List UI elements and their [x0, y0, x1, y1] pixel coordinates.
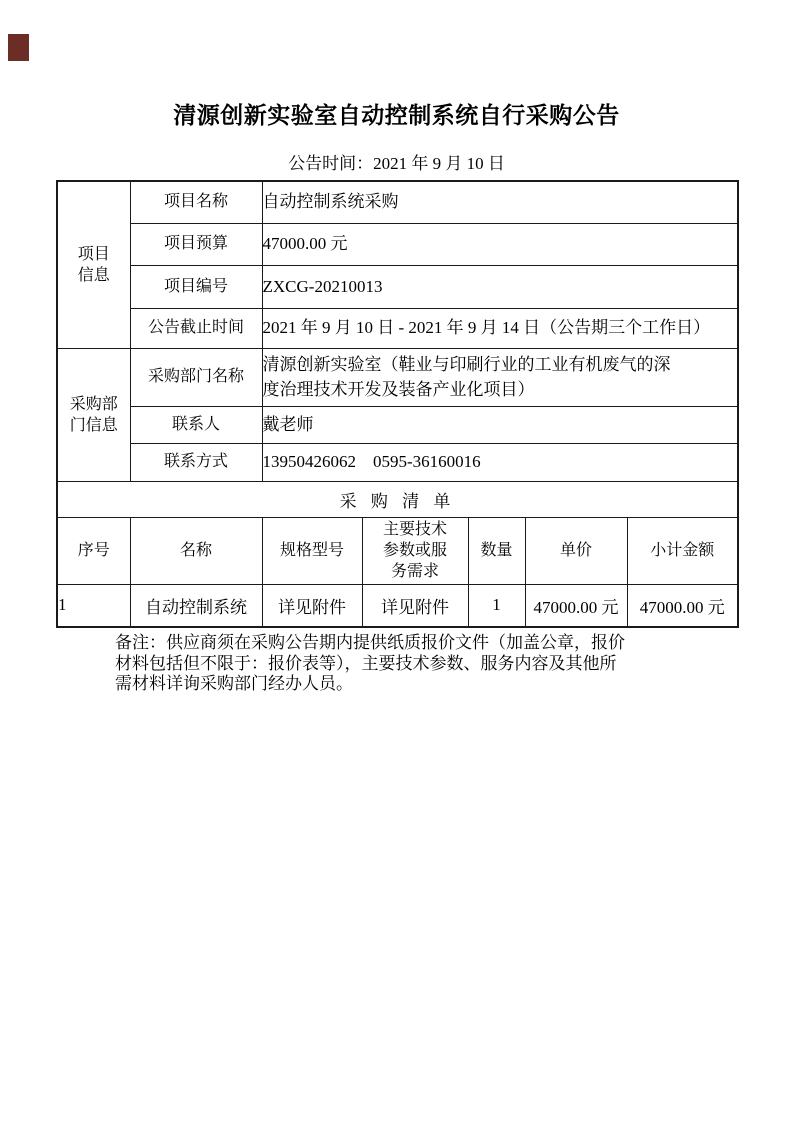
- column-header-tech: 主要技术 参数或服 务需求: [362, 517, 468, 584]
- purchase-list-title: 采 购 清 单: [57, 481, 738, 517]
- column-header-subtotal: 小计金额: [627, 517, 738, 584]
- label-department-name: 采购部门名称: [130, 348, 262, 406]
- remark-note: 备注：供应商须在采购公告期内提供纸质报价文件（加盖公章，报价 材料包括但不限于：…: [115, 633, 680, 695]
- label-project-number: 项目编号: [130, 265, 262, 308]
- label-project-name: 项目名称: [130, 181, 262, 223]
- value-project-name: 自动控制系统采购: [262, 181, 738, 223]
- column-header-qty: 数量: [468, 517, 525, 584]
- label-project-budget: 项目预算: [130, 223, 262, 265]
- column-header-spec: 规格型号: [262, 517, 362, 584]
- column-header-name: 名称: [130, 517, 262, 584]
- value-project-budget: 47000.00 元: [262, 223, 738, 265]
- page-title: 清源创新实验室自动控制系统自行采购公告: [0, 97, 793, 130]
- value-department-name: 清源创新实验室（鞋业与印刷行业的工业有机废气的深 度治理技术开发及装备产业化项目…: [262, 348, 738, 406]
- label-deadline: 公告截止时间: [130, 308, 262, 348]
- item-tech: 详见附件: [362, 584, 468, 627]
- table-row: 项目 信息 项目名称 自动控制系统采购: [57, 181, 738, 223]
- table-row: 项目预算 47000.00 元: [57, 223, 738, 265]
- publish-time: 公告时间：2021 年 9 月 10 日: [0, 149, 793, 174]
- procurement-table: 项目 信息 项目名称 自动控制系统采购 项目预算 47000.00 元 项目编号…: [56, 180, 739, 628]
- item-qty: 1: [468, 584, 525, 627]
- table-row: 联系人 戴老师: [57, 406, 738, 443]
- column-header-no: 序号: [57, 517, 130, 584]
- section-header-project-info: 项目 信息: [57, 181, 130, 348]
- item-name: 自动控制系统: [130, 584, 262, 627]
- table-row: 采 购 清 单: [57, 481, 738, 517]
- purchase-item-row: 1 自动控制系统 详见附件 详见附件 1 47000.00 元 47000.00…: [57, 584, 738, 627]
- label-contact-method: 联系方式: [130, 443, 262, 481]
- item-unit-price: 47000.00 元: [525, 584, 627, 627]
- column-header-unit-price: 单价: [525, 517, 627, 584]
- item-subtotal: 47000.00 元: [627, 584, 738, 627]
- table-header-row: 序号 名称 规格型号 主要技术 参数或服 务需求 数量 单价 小计金额: [57, 517, 738, 584]
- table-row: 联系方式 13950426062 0595-36160016: [57, 443, 738, 481]
- section-header-department-info: 采购部 门信息: [57, 348, 130, 481]
- value-contact-person: 戴老师: [262, 406, 738, 443]
- item-no: 1: [57, 584, 130, 627]
- table-row: 公告截止时间 2021 年 9 月 10 日 - 2021 年 9 月 14 日…: [57, 308, 738, 348]
- label-contact-person: 联系人: [130, 406, 262, 443]
- corner-stamp-mark: [8, 34, 29, 61]
- item-spec: 详见附件: [262, 584, 362, 627]
- value-project-number: ZXCG-20210013: [262, 265, 738, 308]
- value-deadline: 2021 年 9 月 10 日 - 2021 年 9 月 14 日（公告期三个工…: [262, 308, 738, 348]
- table-row: 采购部 门信息 采购部门名称 清源创新实验室（鞋业与印刷行业的工业有机废气的深 …: [57, 348, 738, 406]
- value-contact-method: 13950426062 0595-36160016: [262, 443, 738, 481]
- table-row: 项目编号 ZXCG-20210013: [57, 265, 738, 308]
